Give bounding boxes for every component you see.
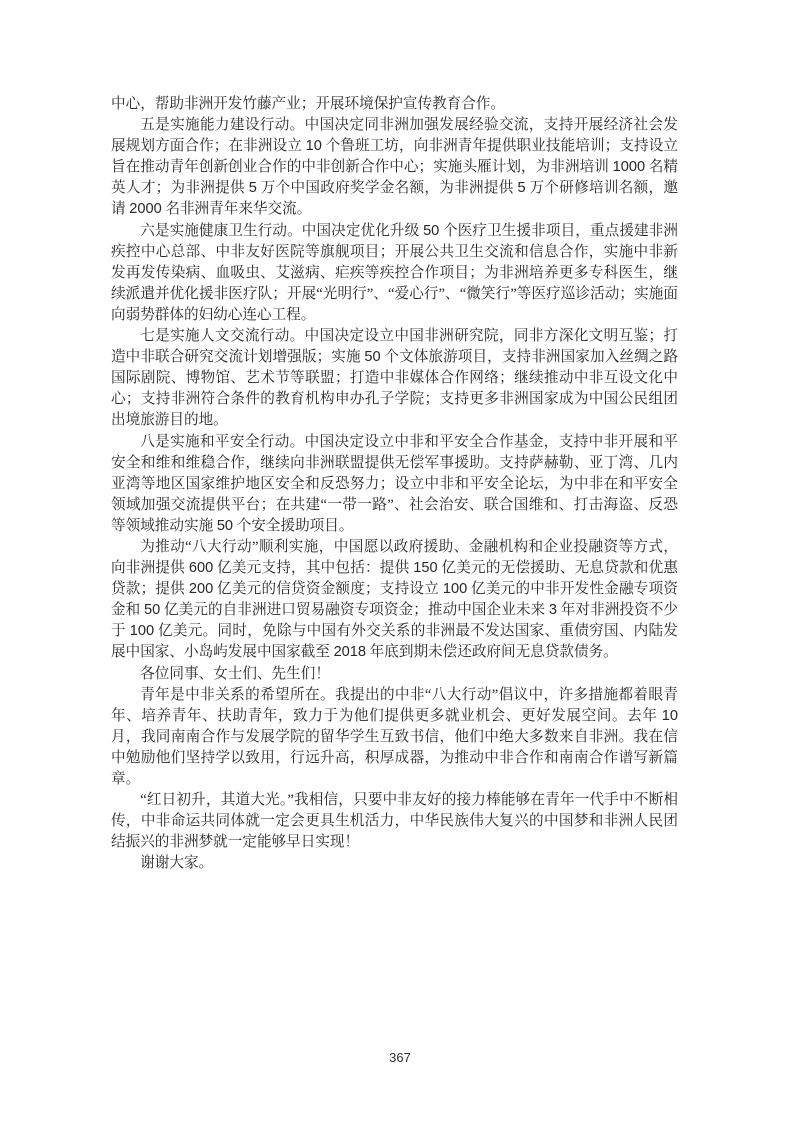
paragraph-thanks: 谢谢大家。 <box>111 853 678 874</box>
paragraph-action-5: 五是实施能力建设行动。中国决定同非洲加强发展经验交流，支持开展经济社会发展规划方… <box>111 115 678 220</box>
paragraph-action-8: 八是实施和平安全行动。中国决定设立中非和平安全合作基金，支持中非开展和平安全和维… <box>111 432 678 537</box>
paragraph-salutation: 各位同事、女士们、先生们！ <box>111 664 678 685</box>
page-number: 367 <box>389 1050 411 1065</box>
paragraph-funding: 为推动“八大行动”顺利实施，中国愿以政府援助、金融机构和企业投融资等方式，向非洲… <box>111 537 678 664</box>
paragraph-action-7: 七是实施人文交流行动。中国决定设立中国非洲研究院，同非方深化文明互鉴；打造中非联… <box>111 326 678 431</box>
paragraph-action-6: 六是实施健康卫生行动。中国决定优化升级 50 个医疗卫生援非项目，重点援建非洲疾… <box>111 221 678 326</box>
paragraph-youth: 青年是中非关系的希望所在。我提出的中非“八大行动”倡议中，许多措施都着眼青年、培… <box>111 685 678 790</box>
paragraph-closing-quote: “红日初升，其道大光。”我相信，只要中非友好的接力棒能够在青年一代手中不断相传，… <box>111 790 678 853</box>
page-footer: 367 <box>0 1049 800 1067</box>
document-page: 中心，帮助非洲开发竹藤产业；开展环境保护宣传教育合作。 五是实施能力建设行动。中… <box>0 0 800 1133</box>
paragraph-continuation: 中心，帮助非洲开发竹藤产业；开展环境保护宣传教育合作。 <box>111 94 678 115</box>
page-body-text: 中心，帮助非洲开发竹藤产业；开展环境保护宣传教育合作。 五是实施能力建设行动。中… <box>111 94 678 874</box>
